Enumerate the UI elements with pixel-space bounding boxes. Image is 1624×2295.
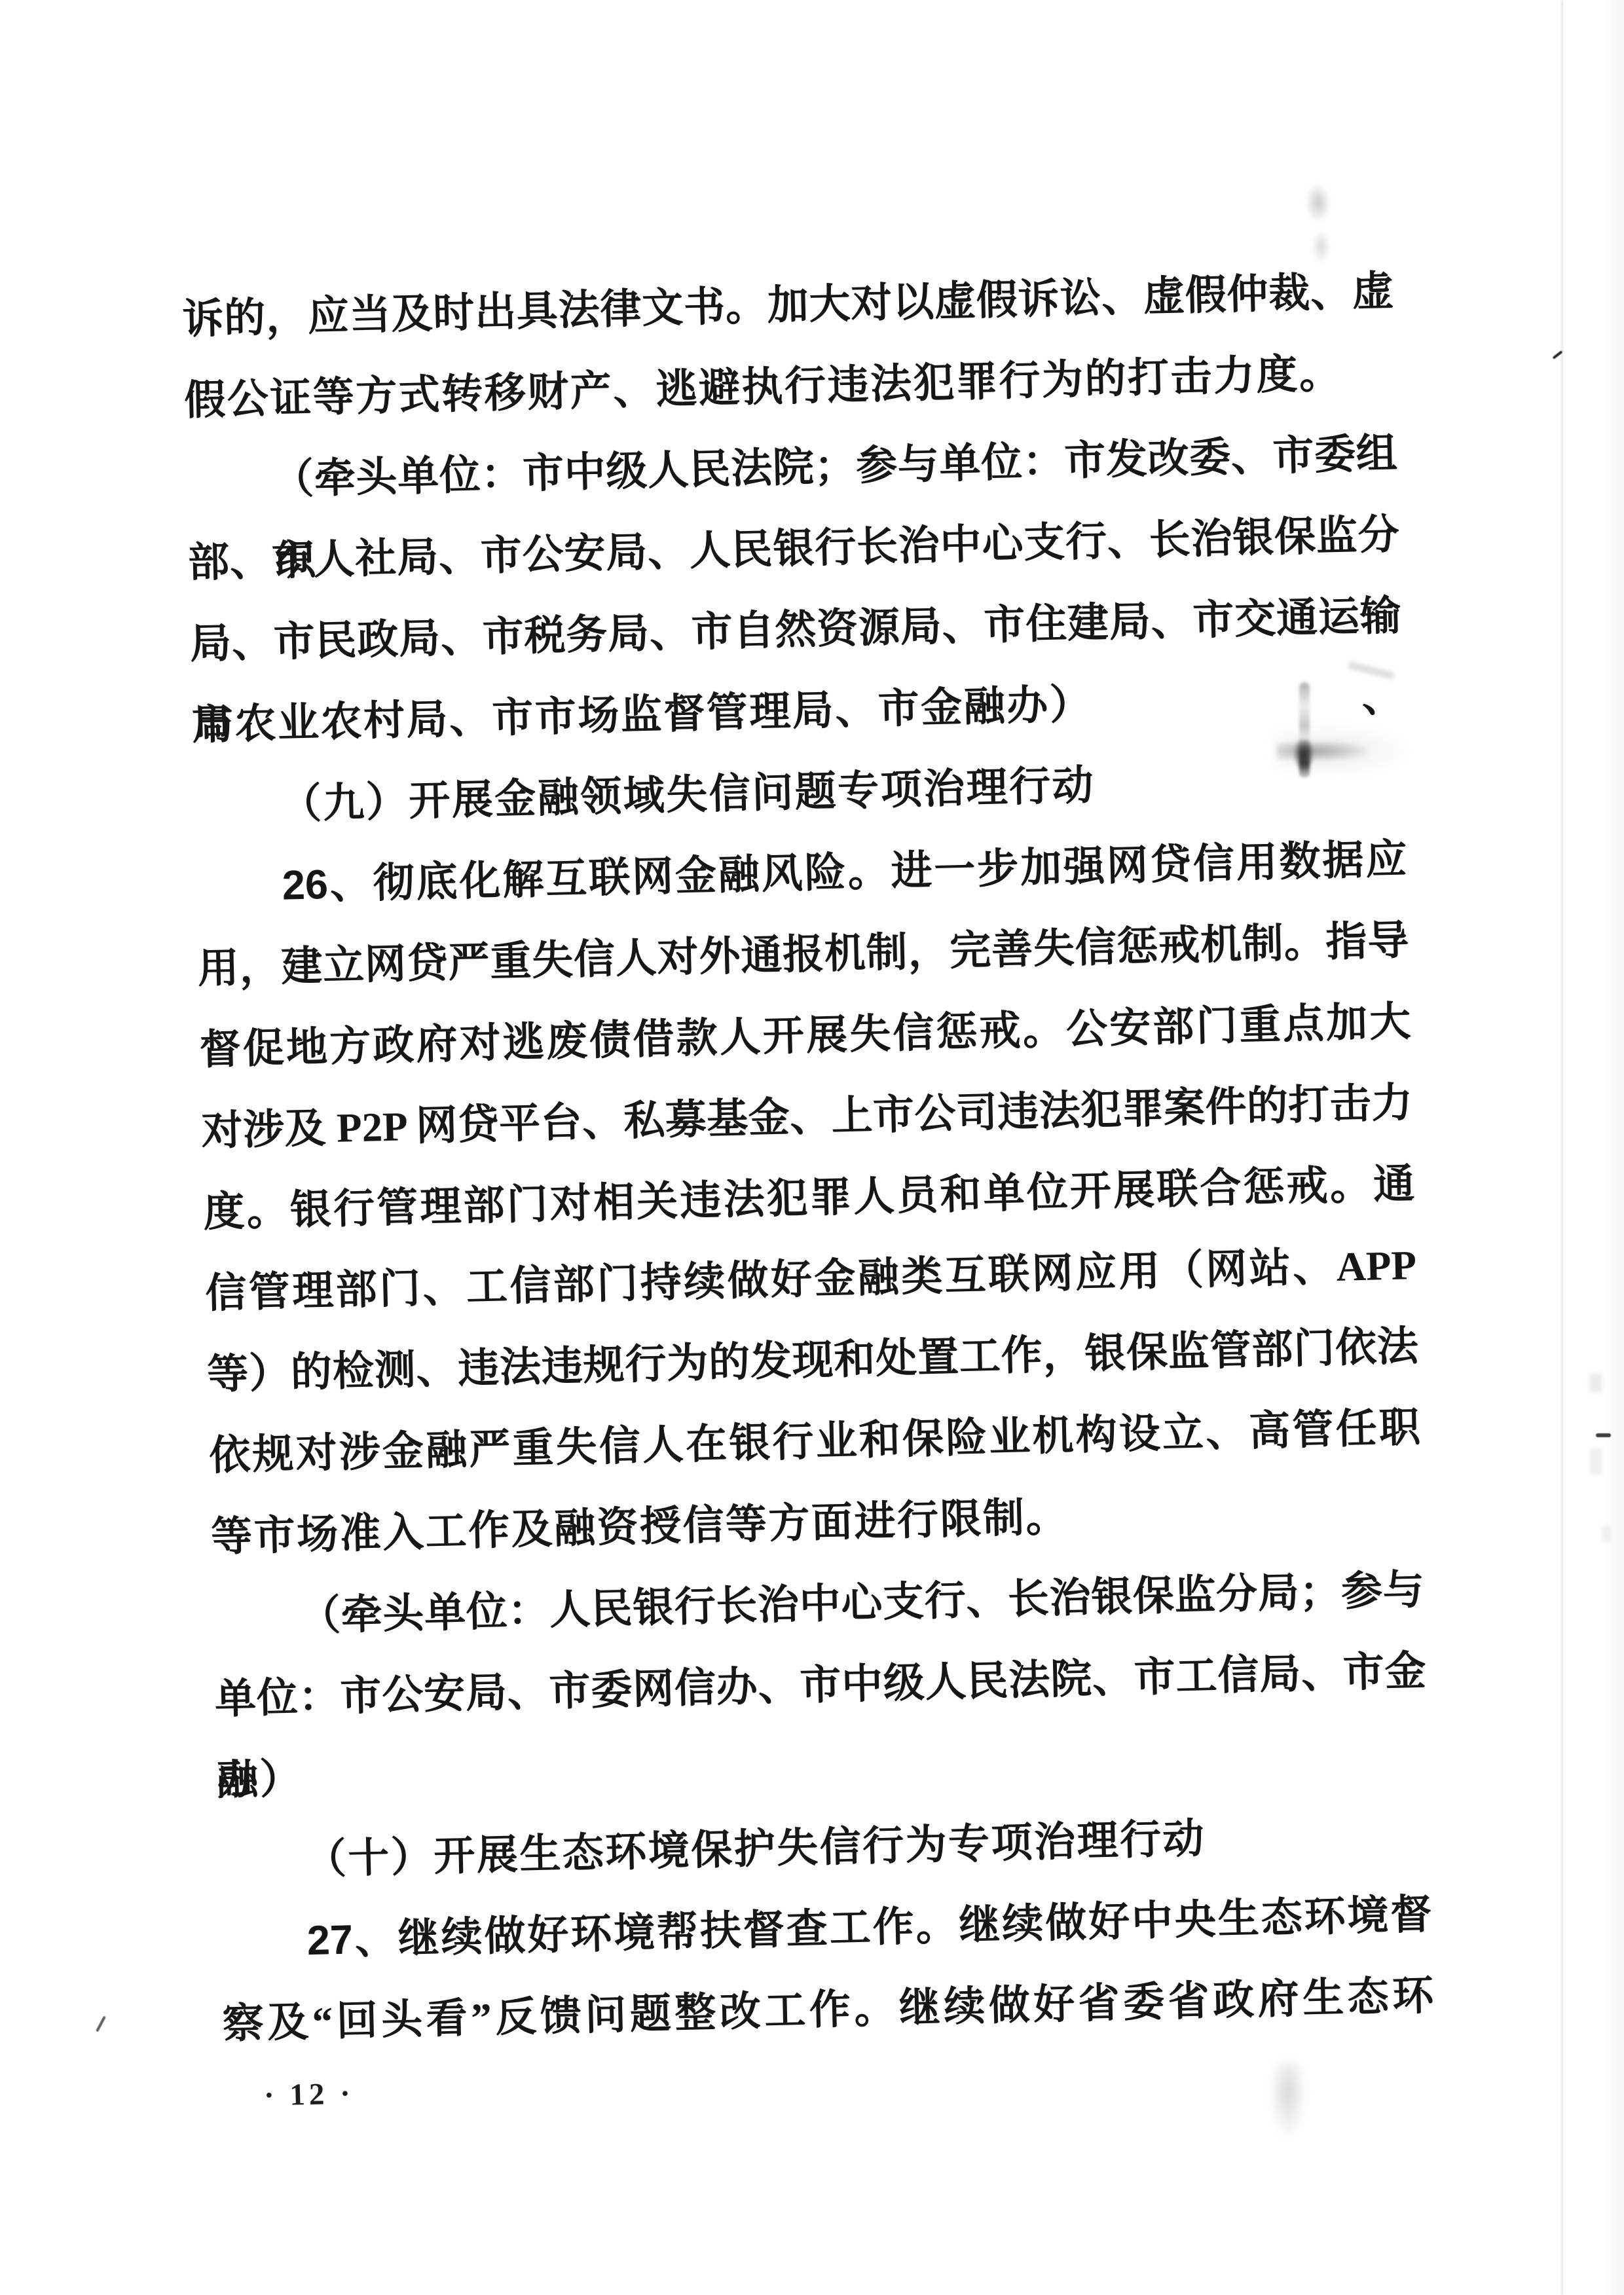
scan-blot bbox=[1590, 1374, 1602, 1392]
text-segment: 继续做好中央生态环境督 bbox=[959, 1892, 1433, 1949]
text-segment: 用，建立网贷严重失信人对外通报机制，完善失信惩戒机制。指导 bbox=[197, 917, 1409, 992]
text-segment: 进一步加强网贷信用数据应 bbox=[891, 836, 1408, 894]
text-segment-bold: （九）开展金融领域失信问题专项治理行动 bbox=[280, 762, 1096, 827]
text-block: 诉的，应当及时出具法律文书。加大对以虚假诉讼、虚假仲裁、虚假公证等方式转移财产、… bbox=[181, 250, 1435, 2065]
text-segment: 部、市人社局、市公安局、人民银行长治中心支行、长治银保监分 bbox=[187, 511, 1399, 586]
text-segment-bold: （十）开展生态环境保护失信行为专项治理行动 bbox=[304, 1816, 1206, 1882]
scanned-page: 诉的，应当及时出具法律文书。加大对以虚假诉讼、虚假仲裁、虚假公证等方式转移财产、… bbox=[0, 0, 1624, 2295]
scan-edge-shadow bbox=[1604, 0, 1624, 2295]
scan-blot bbox=[1602, 1526, 1611, 1541]
text-segment: 督促地方政府对逃废债借款人开展失信惩戒。公安部门重点加大 bbox=[199, 999, 1411, 1073]
text-segment: 等市场准入工作及融资授信等方面进行限制。 bbox=[210, 1494, 1069, 1560]
text-segment: 办） bbox=[216, 1755, 303, 1803]
text-segment: 信管理部门、工信部门持续做好金融类互联网应用（网站、APP bbox=[205, 1242, 1417, 1317]
text-segment: 察及“回头看”反馈问题整改工作。继续做好省委省政府生态环 bbox=[222, 1973, 1434, 2047]
scan-dash-right bbox=[1596, 1433, 1611, 1437]
scan-smudge-bottom bbox=[1270, 2063, 1306, 2137]
text-segment: 诉的，应当及时出具法律文书。加大对以虚假诉讼、虚假仲裁、虚 bbox=[182, 268, 1394, 342]
text-segment: 市农业农村局、市市场监督管理局、市金融办） bbox=[191, 681, 1093, 748]
text-segment: 假公证等方式转移财产、逃避执行违法犯罪行为的打击力度。 bbox=[184, 350, 1343, 424]
text-segment: 依规对涉金融严重失信人在银行业和保险业机构设立、高管任职 bbox=[209, 1405, 1421, 1479]
scan-line-vertical bbox=[1561, 0, 1563, 2295]
text-segment: （牵头单位：人民银行长治中心支行、长治银保监分局；参与 bbox=[299, 1567, 1424, 1639]
scan-mark-left bbox=[96, 2016, 106, 2032]
scan-mark-right bbox=[1553, 350, 1563, 359]
text-segment-bold: 27、继续做好环境帮扶督查工作。 bbox=[306, 1903, 959, 1964]
text-segment: 度。银行管理部门对相关违法犯罪人员和单位开展联合惩戒。通 bbox=[203, 1161, 1415, 1236]
scan-blot bbox=[1590, 1448, 1602, 1475]
text-segment: 对涉及 P2P 网贷平台、私募基金、上市公司违法犯罪案件的打击力 bbox=[201, 1080, 1413, 1154]
page-number: · 12 · bbox=[263, 2076, 354, 2113]
text-segment: 等）的检测、违法违规行为的发现和处置工作，银保监管部门依法 bbox=[207, 1323, 1419, 1398]
text-segment-bold: 26、彻底化解互联网金融风险。 bbox=[282, 849, 891, 909]
